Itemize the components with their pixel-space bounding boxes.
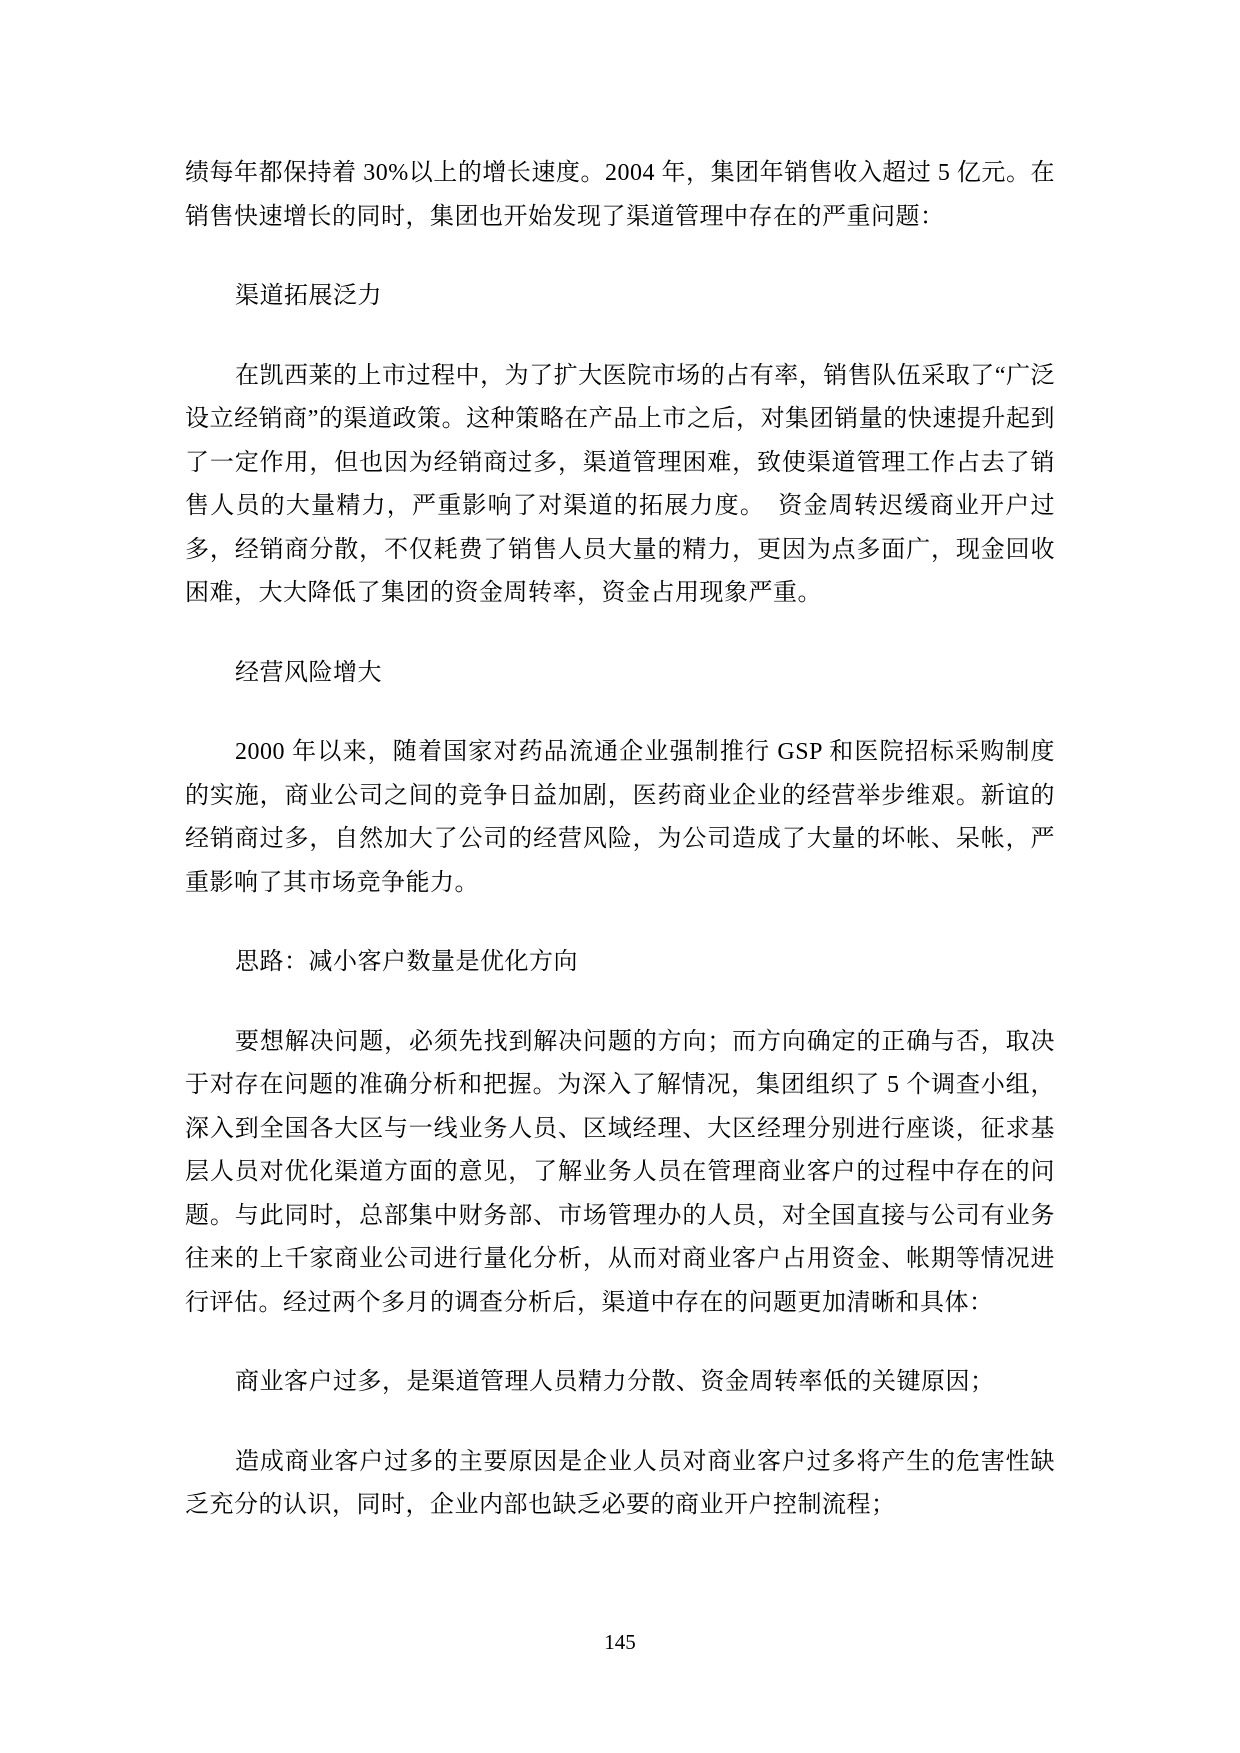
paragraph: 商业客户过多，是渠道管理人员精力分散、资金周转率低的关键原因； <box>185 1361 1055 1405</box>
document-content: 绩每年都保持着 30%以上的增长速度。2004 年，集团年销售收入超过 5 亿元… <box>185 152 1055 1528</box>
document-page: 绩每年都保持着 30%以上的增长速度。2004 年，集团年销售收入超过 5 亿元… <box>0 0 1240 1753</box>
section-heading-approach: 思路：减小客户数量是优化方向 <box>185 941 1055 985</box>
paragraph: 造成商业客户过多的主要原因是企业人员对商业客户过多将产生的危害性缺乏充分的认识，… <box>185 1441 1055 1528</box>
paragraph: 2000 年以来，随着国家对药品流通企业强制推行 GSP 和医院招标采购制度的实… <box>185 731 1055 905</box>
paragraph-continuation: 绩每年都保持着 30%以上的增长速度。2004 年，集团年销售收入超过 5 亿元… <box>185 152 1055 239</box>
paragraph: 要想解决问题，必须先找到解决问题的方向；而方向确定的正确与否，取决于对存在问题的… <box>185 1021 1055 1326</box>
page-number: 145 <box>0 1628 1240 1656</box>
section-heading-operating-risk: 经营风险增大 <box>185 652 1055 696</box>
section-heading-channel-expansion: 渠道拓展泛力 <box>185 275 1055 319</box>
paragraph: 在凯西莱的上市过程中，为了扩大医院市场的占有率，销售队伍采取了“广泛设立经销商”… <box>185 355 1055 616</box>
